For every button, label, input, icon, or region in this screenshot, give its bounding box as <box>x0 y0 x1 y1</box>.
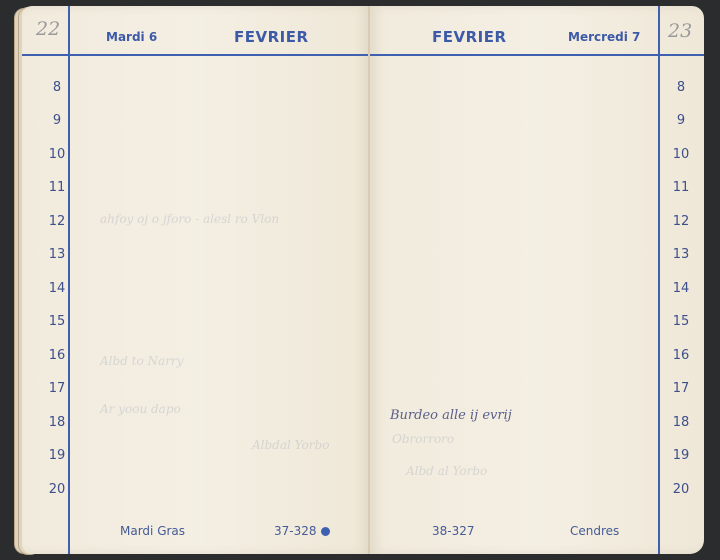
footer-event: Cendres <box>570 524 619 538</box>
diary-spread: 22 Mardi 6 FEVRIER 8 9 10 11 12 13 14 15… <box>14 6 704 554</box>
hour-label: 20 <box>42 482 72 497</box>
hour-label: 14 <box>42 281 72 296</box>
hour-label: 13 <box>42 247 72 262</box>
header-rule <box>22 54 370 56</box>
hour-label: 19 <box>42 448 72 463</box>
hour-label: 10 <box>42 147 72 162</box>
page-number: 23 <box>668 20 692 42</box>
footer-day-count: 37-328 <box>274 524 317 538</box>
faint-note: Obrorroro <box>392 432 454 446</box>
hour-label: 14 <box>666 281 696 296</box>
footer-event: Mardi Gras <box>120 524 185 538</box>
hour-label: 19 <box>666 448 696 463</box>
left-page: 22 Mardi 6 FEVRIER 8 9 10 11 12 13 14 15… <box>22 6 370 554</box>
right-page: FEVRIER Mercredi 7 23 8 9 10 11 12 13 14… <box>370 6 704 554</box>
bleed-through-note: Albd to Narry <box>100 354 183 368</box>
hour-label: 13 <box>666 247 696 262</box>
hour-label: 12 <box>666 214 696 229</box>
month-label: FEVRIER <box>234 28 309 46</box>
hour-label: 17 <box>42 381 72 396</box>
hour-label: 9 <box>42 113 72 128</box>
handwritten-note: Burdeo alle ij evrij <box>390 408 512 423</box>
hour-label: 20 <box>666 482 696 497</box>
full-moon-icon <box>321 527 330 536</box>
hour-label: 18 <box>42 415 72 430</box>
footer-day-count: 38-327 <box>432 524 475 538</box>
hour-label: 12 <box>42 214 72 229</box>
hour-label: 9 <box>666 113 696 128</box>
bleed-through-note: ahfoy oj o jforo - alesl ro Vlon <box>100 212 279 226</box>
day-label: Mardi 6 <box>106 30 157 44</box>
faint-note: Albd al Yorbo <box>406 464 487 478</box>
hour-label: 11 <box>42 180 72 195</box>
hour-label: 8 <box>666 80 696 95</box>
hour-label: 18 <box>666 415 696 430</box>
hour-label: 8 <box>42 80 72 95</box>
month-label: FEVRIER <box>432 28 507 46</box>
hour-label: 16 <box>42 348 72 363</box>
bleed-through-note: Ar yoou dapo <box>100 402 181 416</box>
page-number: 22 <box>36 18 60 40</box>
header-rule <box>370 54 704 56</box>
bleed-through-note: Albdal Yorbo <box>252 438 329 452</box>
hour-label: 16 <box>666 348 696 363</box>
margin-line <box>658 6 660 554</box>
hour-label: 11 <box>666 180 696 195</box>
hour-label: 17 <box>666 381 696 396</box>
hour-label: 10 <box>666 147 696 162</box>
day-label: Mercredi 7 <box>568 30 640 44</box>
hour-label: 15 <box>42 314 72 329</box>
hour-label: 15 <box>666 314 696 329</box>
